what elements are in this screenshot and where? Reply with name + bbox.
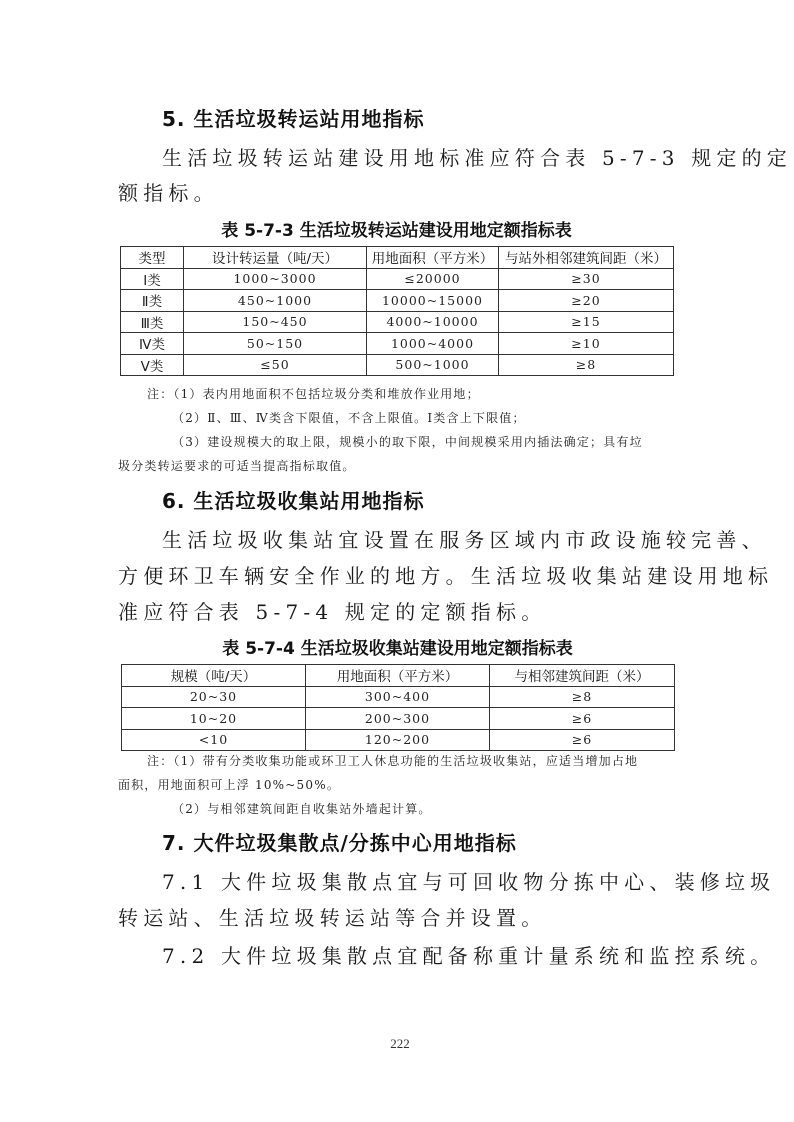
table-row: 10~20 200~300 ≥6 bbox=[122, 708, 675, 730]
cell-distance: ≥30 bbox=[499, 268, 674, 290]
section-7-heading: 7. 大件垃圾集散点/分拣中心用地指标 bbox=[162, 830, 517, 856]
cell-capacity: 150~450 bbox=[184, 311, 367, 333]
table-5-7-3: 类型 设计转运量（吨/天） 用地面积（平方米） 与站外相邻建筑间距（米） Ⅰ类 … bbox=[120, 246, 674, 376]
page-number: 222 bbox=[370, 1036, 430, 1052]
cell-type: Ⅲ类 bbox=[121, 311, 184, 333]
section-7-paragraph-7-1-line-1: 7.1 大件垃圾集散点宜与可回收物分拣中心、装修垃圾 bbox=[162, 869, 775, 895]
table-5-7-3-note-3-cont: 圾分类转运要求的可适当提高指标取值。 bbox=[118, 458, 356, 474]
section-6-paragraph-line-1: 生活垃圾收集站宜设置在服务区域内市政设施较完善、 bbox=[162, 527, 767, 553]
section-5-paragraph-line-2: 额指标。 bbox=[118, 180, 219, 206]
table-header-row: 类型 设计转运量（吨/天） 用地面积（平方米） 与站外相邻建筑间距（米） bbox=[121, 247, 674, 269]
section-5-heading: 5. 生活垃圾转运站用地指标 bbox=[162, 106, 424, 132]
table-row: Ⅳ类 50~150 1000~4000 ≥10 bbox=[121, 333, 674, 355]
header-distance: 与站外相邻建筑间距（米） bbox=[499, 247, 674, 269]
cell-area: 10000~15000 bbox=[367, 290, 499, 312]
section-5-paragraph-line-1: 生活垃圾转运站建设用地标准应符合表 5-7-3 规定的定 bbox=[162, 145, 792, 171]
cell-scale: 20~30 bbox=[122, 686, 306, 708]
cell-scale: <10 bbox=[122, 729, 306, 751]
header-scale: 规模（吨/天） bbox=[122, 665, 306, 687]
table-header-row: 规模（吨/天） 用地面积（平方米） 与相邻建筑间距（米） bbox=[122, 665, 675, 687]
cell-distance: ≥6 bbox=[490, 729, 675, 751]
table-5-7-4-note-1-cont: 面积，用地面积可上浮 10%~50%。 bbox=[118, 777, 340, 793]
cell-distance: ≥20 bbox=[499, 290, 674, 312]
cell-area: 500~1000 bbox=[367, 354, 499, 376]
section-6-paragraph-line-2: 方便环卫车辆安全作业的地方。生活垃圾收集站建设用地标 bbox=[118, 563, 773, 589]
cell-type: Ⅱ类 bbox=[121, 290, 184, 312]
cell-area: 120~200 bbox=[306, 729, 490, 751]
cell-type: Ⅴ类 bbox=[121, 354, 184, 376]
table-row: Ⅱ类 450~1000 10000~15000 ≥20 bbox=[121, 290, 674, 312]
cell-area: 4000~10000 bbox=[367, 311, 499, 333]
section-6-paragraph-line-3: 准应符合表 5-7-4 规定的定额指标。 bbox=[118, 599, 546, 625]
table-row: <10 120~200 ≥6 bbox=[122, 729, 675, 751]
cell-area: 300~400 bbox=[306, 686, 490, 708]
table-5-7-3-note-2: （2）Ⅱ、Ⅲ、Ⅳ类含下限值，不含上限值。Ⅰ类含上下限值； bbox=[172, 410, 526, 426]
cell-capacity: 1000~3000 bbox=[184, 268, 367, 290]
cell-distance: ≥8 bbox=[499, 354, 674, 376]
table-5-7-3-note-1: 注：（1）表内用地面积不包括垃圾分类和堆放作业用地； bbox=[147, 386, 480, 402]
table-5-7-4-note-1: 注：（1）带有分类收集功能或环卫工人休息功能的生活垃圾收集站，应适当增加占地 bbox=[147, 753, 638, 769]
header-design-capacity: 设计转运量（吨/天） bbox=[184, 247, 367, 269]
section-7-paragraph-7-1-line-2: 转运站、生活垃圾转运站等合并设置。 bbox=[118, 905, 546, 931]
table-5-7-4-caption: 表 5-7-4 生活垃圾收集站建设用地定额指标表 bbox=[121, 638, 674, 660]
cell-area: 1000~4000 bbox=[367, 333, 499, 355]
table-5-7-4: 规模（吨/天） 用地面积（平方米） 与相邻建筑间距（米） 20~30 300~4… bbox=[121, 664, 675, 751]
header-land-area: 用地面积（平方米） bbox=[367, 247, 499, 269]
table-5-7-3-note-3: （3）建设规模大的取上限，规模小的取下限，中间规模采用内插法确定；具有垃 bbox=[172, 434, 643, 450]
header-land-area: 用地面积（平方米） bbox=[306, 665, 490, 687]
cell-distance: ≥6 bbox=[490, 708, 675, 730]
cell-area: 200~300 bbox=[306, 708, 490, 730]
cell-capacity: 450~1000 bbox=[184, 290, 367, 312]
cell-type: Ⅰ类 bbox=[121, 268, 184, 290]
cell-distance: ≥8 bbox=[490, 686, 675, 708]
cell-capacity: ≤50 bbox=[184, 354, 367, 376]
table-row: Ⅴ类 ≤50 500~1000 ≥8 bbox=[121, 354, 674, 376]
cell-area: ≤20000 bbox=[367, 268, 499, 290]
cell-scale: 10~20 bbox=[122, 708, 306, 730]
cell-distance: ≥10 bbox=[499, 333, 674, 355]
table-5-7-4-note-2: （2）与相邻建筑间距自收集站外墙起计算。 bbox=[172, 801, 432, 817]
table-row: Ⅰ类 1000~3000 ≤20000 ≥30 bbox=[121, 268, 674, 290]
header-distance: 与相邻建筑间距（米） bbox=[490, 665, 675, 687]
table-5-7-3-caption: 表 5-7-3 生活垃圾转运站建设用地定额指标表 bbox=[120, 220, 673, 242]
cell-distance: ≥15 bbox=[499, 311, 674, 333]
cell-type: Ⅳ类 bbox=[121, 333, 184, 355]
table-row: Ⅲ类 150~450 4000~10000 ≥15 bbox=[121, 311, 674, 333]
section-6-heading: 6. 生活垃圾收集站用地指标 bbox=[162, 488, 424, 514]
table-row: 20~30 300~400 ≥8 bbox=[122, 686, 675, 708]
cell-capacity: 50~150 bbox=[184, 333, 367, 355]
header-type: 类型 bbox=[121, 247, 184, 269]
section-7-paragraph-7-2: 7.2 大件垃圾集散点宜配备称重计量系统和监控系统。 bbox=[162, 943, 775, 969]
